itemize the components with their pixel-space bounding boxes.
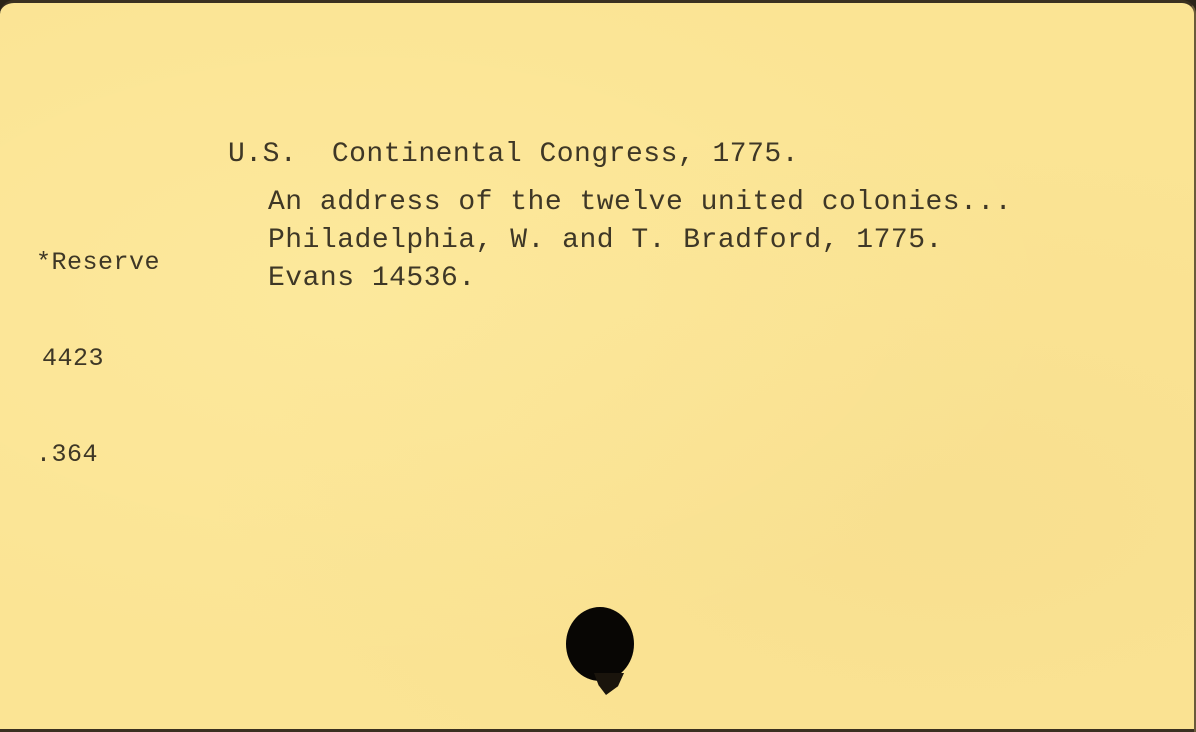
- call-number-location: *Reserve: [36, 247, 160, 279]
- card-heading: U.S. Continental Congress, 1775.: [228, 139, 799, 171]
- call-number: *Reserve 4423 .364: [36, 183, 160, 535]
- call-number-cutter: .364: [36, 439, 160, 471]
- reference-line: Evans 14536.: [268, 263, 476, 295]
- punch-hole-tear-icon: [594, 673, 624, 695]
- imprint-line: Philadelphia, W. and T. Bradford, 1775.: [268, 225, 943, 257]
- punch-hole-icon: [566, 607, 634, 681]
- catalog-card: *Reserve 4423 .364 U.S. Continental Cong…: [0, 0, 1196, 732]
- title-line: An address of the twelve united colonies…: [268, 187, 1012, 219]
- call-number-class: 4423: [36, 343, 160, 375]
